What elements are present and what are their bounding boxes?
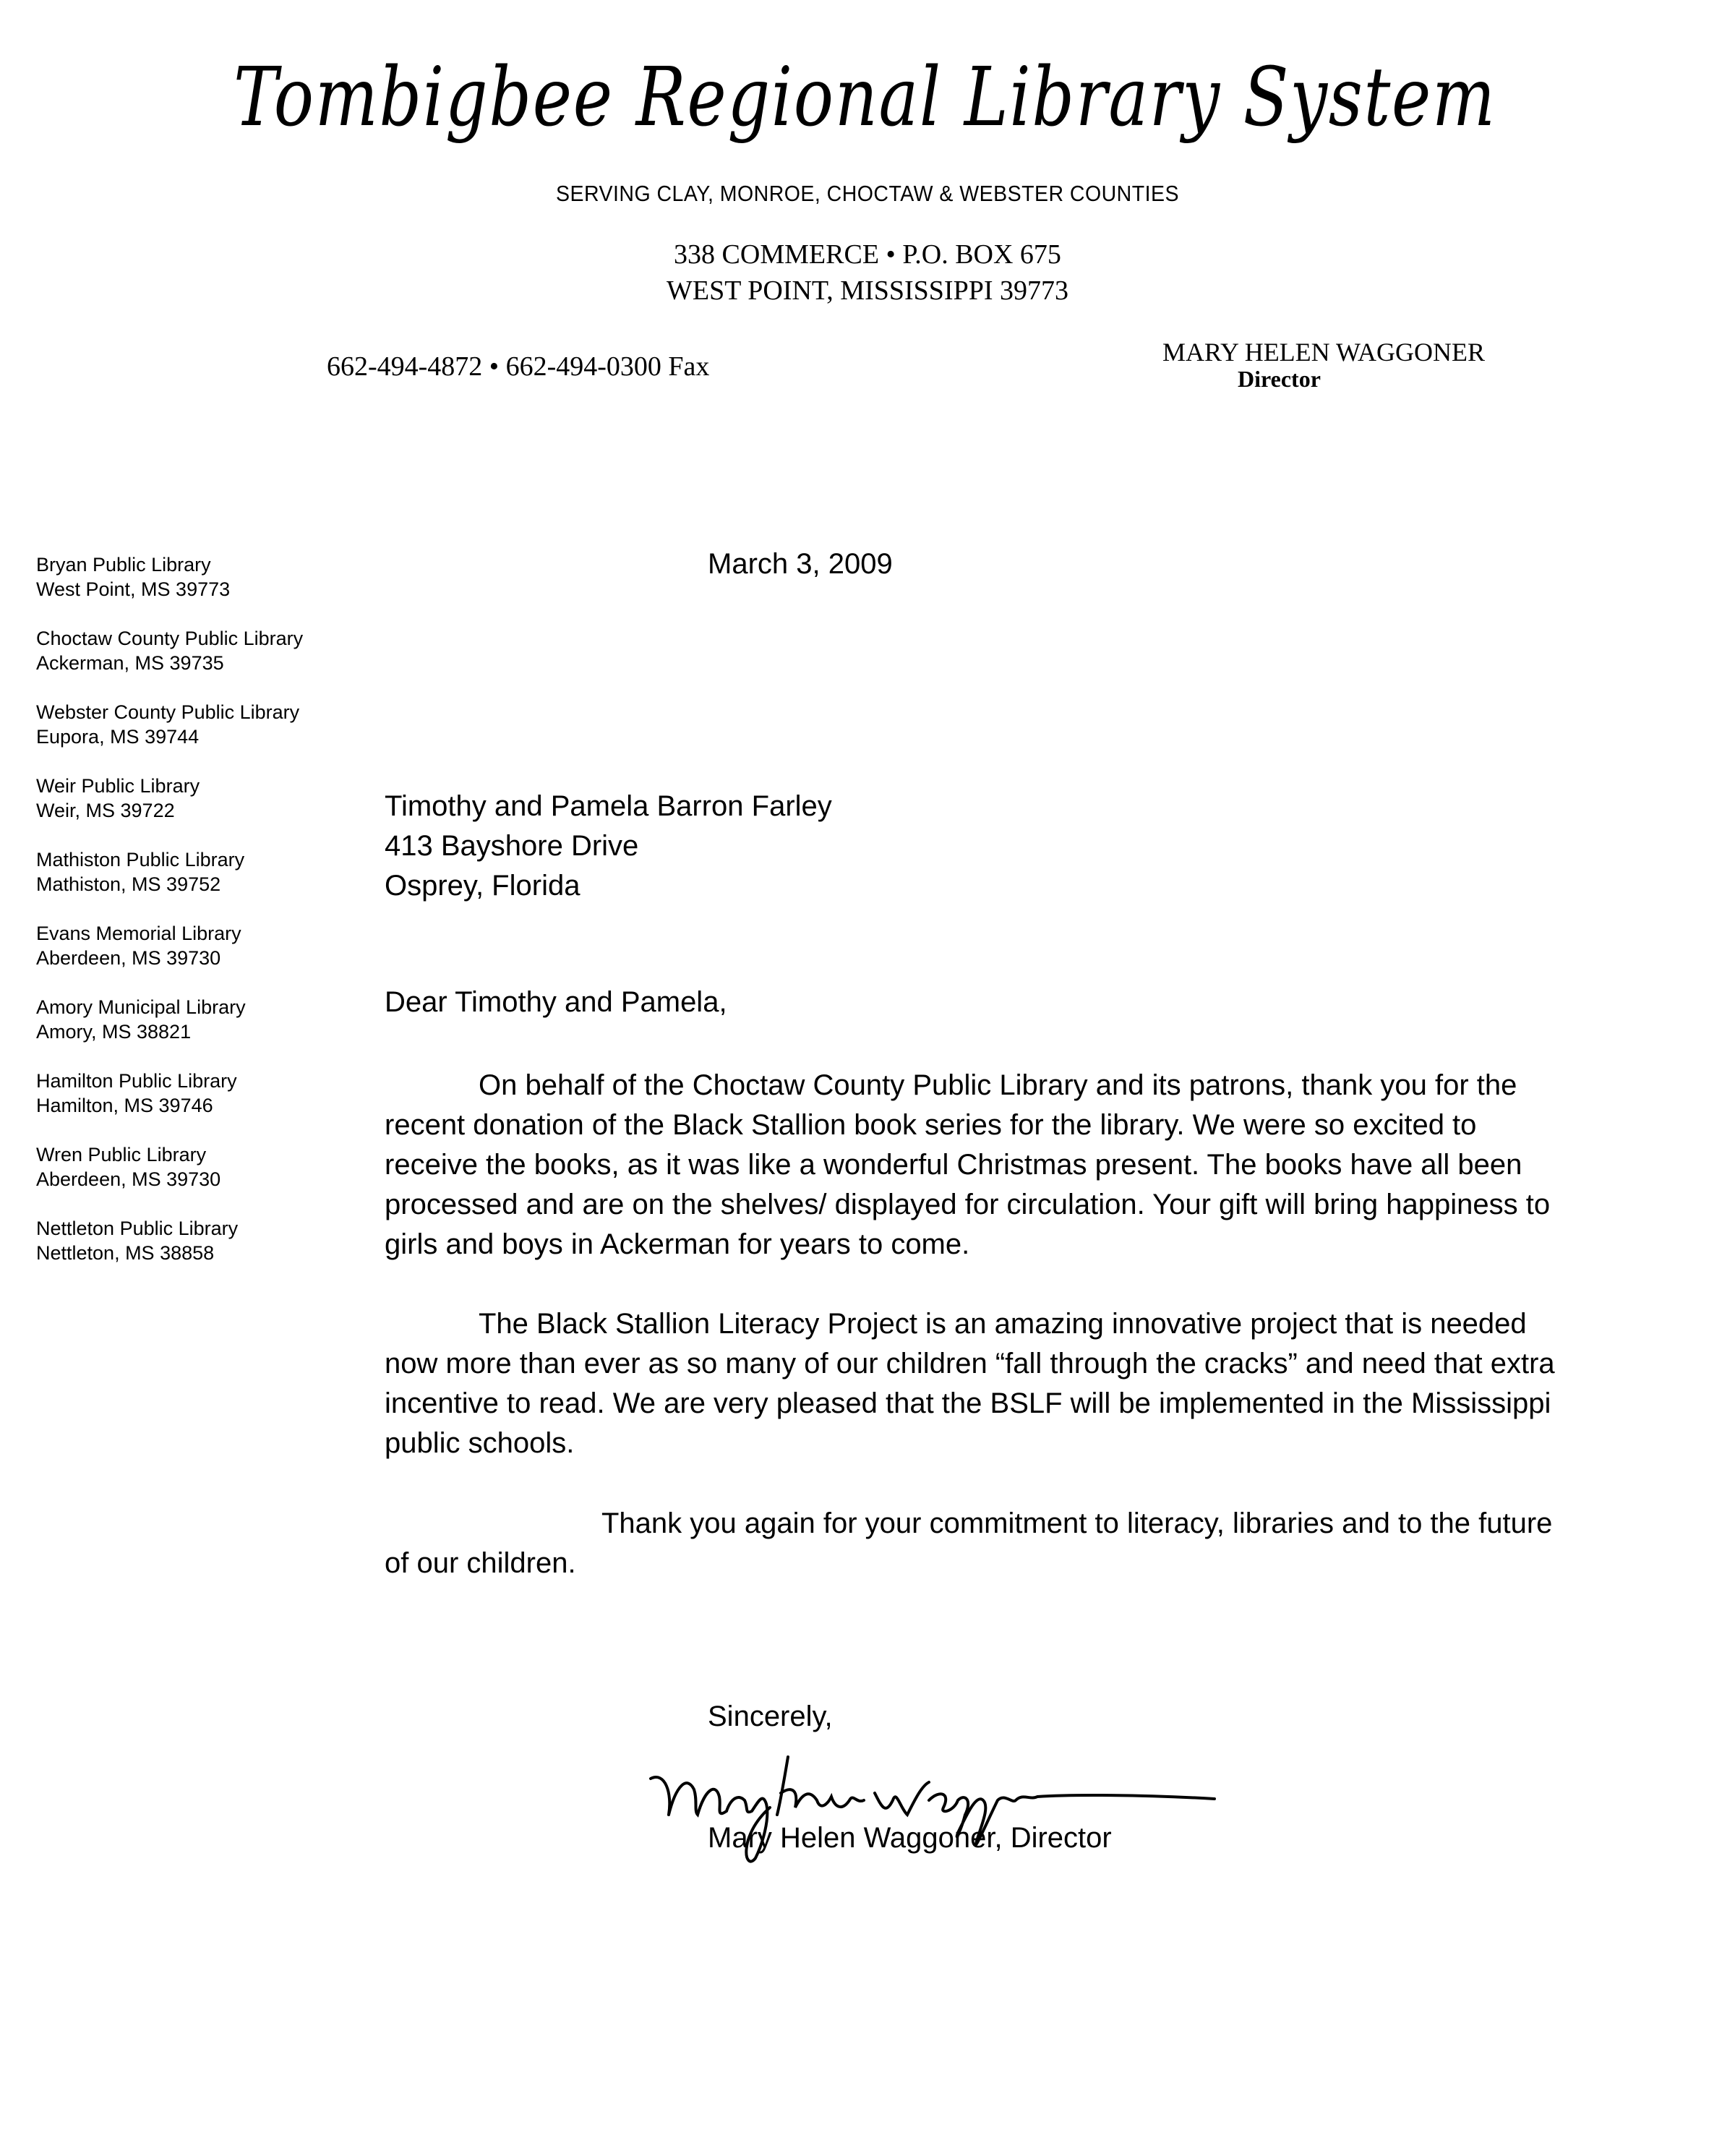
branch-item: Webster County Public LibraryEupora, MS … xyxy=(36,700,354,749)
branch-name: Choctaw County Public Library xyxy=(36,626,354,651)
branch-name: Webster County Public Library xyxy=(36,700,354,724)
branch-name: Wren Public Library xyxy=(36,1142,354,1167)
recipient-address: Timothy and Pamela Barron Farley 413 Bay… xyxy=(385,787,832,906)
branch-name: Amory Municipal Library xyxy=(36,995,354,1019)
branch-list: Bryan Public LibraryWest Point, MS 39773… xyxy=(36,552,354,1290)
body-paragraph: The Black Stallion Literacy Project is a… xyxy=(385,1304,1570,1463)
branch-item: Nettleton Public LibraryNettleton, MS 38… xyxy=(36,1216,354,1265)
branch-item: Wren Public LibraryAberdeen, MS 39730 xyxy=(36,1142,354,1192)
director-title: Director xyxy=(1238,366,1321,393)
paragraph-text: The Black Stallion Literacy Project is a… xyxy=(385,1304,1570,1463)
branch-name: Bryan Public Library xyxy=(36,552,354,577)
recipient-street: 413 Bayshore Drive xyxy=(385,826,832,866)
closing: Sincerely, xyxy=(708,1701,833,1733)
branch-name: Evans Memorial Library xyxy=(36,921,354,946)
branch-item: Hamilton Public LibraryHamilton, MS 3974… xyxy=(36,1069,354,1118)
serving-counties: SERVING CLAY, MONROE, CHOCTAW & WEBSTER … xyxy=(69,181,1666,207)
director-name: MARY HELEN WAGGONER xyxy=(1162,337,1485,367)
branch-item: Amory Municipal LibraryAmory, MS 38821 xyxy=(36,995,354,1044)
street-address: 338 COMMERCE • P.O. BOX 675 xyxy=(0,239,1735,270)
signer-name: Mary Helen Waggoner, Director xyxy=(708,1822,1112,1855)
city-address: WEST POINT, MISSISSIPPI 39773 xyxy=(0,275,1735,307)
branch-location: Mathiston, MS 39752 xyxy=(36,872,354,897)
paragraph-text: Thank you again for your commitment to l… xyxy=(385,1504,1570,1583)
recipient-name: Timothy and Pamela Barron Farley xyxy=(385,787,832,826)
branch-name: Nettleton Public Library xyxy=(36,1216,354,1241)
branch-location: West Point, MS 39773 xyxy=(36,577,354,602)
paragraph-text: On behalf of the Choctaw County Public L… xyxy=(385,1066,1570,1265)
branch-item: Bryan Public LibraryWest Point, MS 39773 xyxy=(36,552,354,602)
salutation: Dear Timothy and Pamela, xyxy=(385,986,727,1019)
body-paragraph: On behalf of the Choctaw County Public L… xyxy=(385,1066,1570,1265)
branch-location: Ackerman, MS 39735 xyxy=(36,651,354,675)
branch-location: Hamilton, MS 39746 xyxy=(36,1093,354,1118)
recipient-city: Osprey, Florida xyxy=(385,866,832,906)
branch-location: Nettleton, MS 38858 xyxy=(36,1241,354,1265)
branch-location: Eupora, MS 39744 xyxy=(36,724,354,749)
branch-item: Evans Memorial LibraryAberdeen, MS 39730 xyxy=(36,921,354,970)
letter-date: March 3, 2009 xyxy=(708,548,893,581)
branch-location: Weir, MS 39722 xyxy=(36,798,354,823)
branch-name: Weir Public Library xyxy=(36,774,354,798)
branch-name: Mathiston Public Library xyxy=(36,847,354,872)
branch-item: Mathiston Public LibraryMathiston, MS 39… xyxy=(36,847,354,897)
branch-name: Hamilton Public Library xyxy=(36,1069,354,1093)
phone-fax: 662-494-4872 • 662-494-0300 Fax xyxy=(327,351,709,382)
branch-item: Weir Public LibraryWeir, MS 39722 xyxy=(36,774,354,823)
branch-location: Aberdeen, MS 39730 xyxy=(36,1167,354,1192)
organization-title: Tombigbee Regional Library System xyxy=(153,43,1576,152)
branch-location: Amory, MS 38821 xyxy=(36,1019,354,1044)
body-paragraph: Thank you again for your commitment to l… xyxy=(385,1504,1570,1583)
branch-location: Aberdeen, MS 39730 xyxy=(36,946,354,970)
branch-item: Choctaw County Public LibraryAckerman, M… xyxy=(36,626,354,675)
